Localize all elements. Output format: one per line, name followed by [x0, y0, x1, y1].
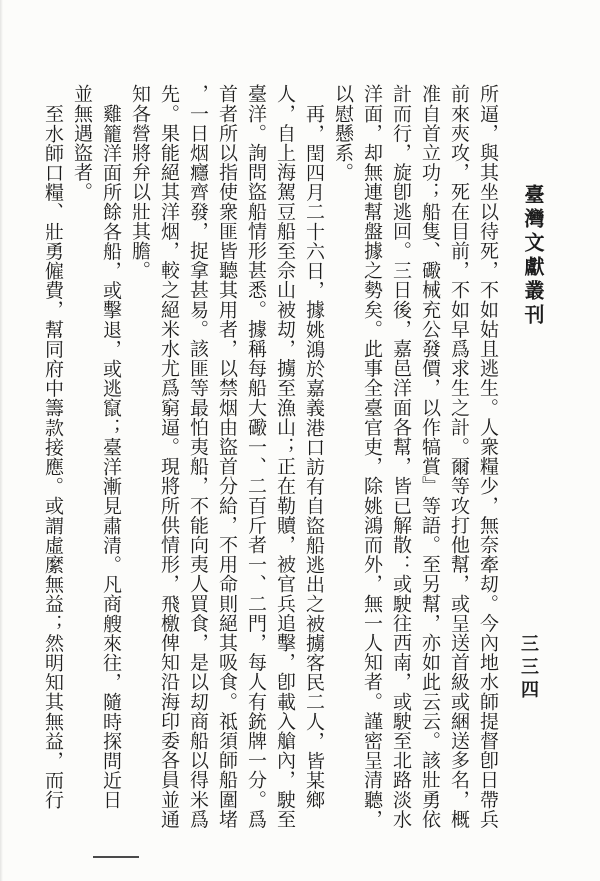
- text-column-13: 知各營將弁以壯其膽。: [125, 84, 154, 844]
- text-column-5: 洋面，却無連幫盤據之勢矣。此事全臺官吏，除姚鴻而外，無一人知者。謹密呈清聽，: [357, 84, 386, 844]
- text-column-3: 准自首立功；船隻、礮械充公發價，以作犒賞』等語。至另幫，亦如此云云。該壯勇依: [415, 84, 444, 844]
- scan-artifact-line: [93, 856, 139, 858]
- text-column-10: 首者所以指使衆匪皆聽其用者，以禁烟由盜首分給，不用命則絕其吸食。祗須師船圍堵: [212, 84, 241, 844]
- text-column-12: 先。果能絕其洋烟，較之絕米水尤爲窮逼。現將所供情形，飛檄俾知沿海印委各員並通: [154, 84, 183, 844]
- text-column-4: 計而行，旋卽逃回。三日後，嘉邑洋面各幫，皆已解散：或駛往西南，或駛至北路淡水: [386, 84, 415, 844]
- text-column-6: 以慰懸系。: [328, 84, 357, 844]
- text-column-16: 至水師口糧、壯勇僱費，幫同府中籌款接應。或謂虛縻無益；然明知其無益，而行: [38, 84, 67, 844]
- scan-edge-shade: [0, 0, 3, 881]
- text-column-2: 前來夾攻，死在目前，不如早爲求生之計。爾等攻打他幫，或呈送首級或綑送多名，概: [444, 84, 473, 844]
- text-column-9: 臺洋。詢問盜船情形甚悉。據稱每船大礮一、二百斤者一、二門，每人有銃牌一分。爲: [241, 84, 270, 844]
- text-column-11: ，一日烟癮齊發，捉拿甚易。該匪等最怕夷船，不能向夷人買食，是以刧商船以得米爲: [183, 84, 212, 844]
- body-text: 所逼，與其坐以待死，不如姑且逃生。人衆糧少，無奈牽刧。今內地水師提督卽日帶兵 前…: [38, 84, 502, 844]
- page-number: 三三四: [516, 634, 542, 703]
- text-column-14: 雞籠洋面所餘各船，或擊退，或逃竄；臺洋漸見肅清。凡商艘來往，隨時探問近日: [96, 84, 125, 844]
- series-title: 臺灣文獻叢刊: [518, 184, 547, 328]
- text-column-1: 所逼，與其坐以待死，不如姑且逃生。人衆糧少，無奈牽刧。今內地水師提督卽日帶兵: [473, 84, 502, 844]
- text-column-7: 再，閏四月二十六日，據姚鴻於嘉義港口訪有自盜船逃出之被擄客民二人，皆某鄉: [299, 84, 328, 844]
- scanned-book-page: 臺灣文獻叢刊 三三四 所逼，與其坐以待死，不如姑且逃生。人衆糧少，無奈牽刧。今內…: [0, 0, 600, 881]
- text-column-15: 並無遇盜者。: [67, 84, 96, 844]
- text-column-8: 人，自上海駕豆船至佘山被刧，擄至漁山；正在勒贖，被官兵追擊，卽載入艙內，駛至: [270, 84, 299, 844]
